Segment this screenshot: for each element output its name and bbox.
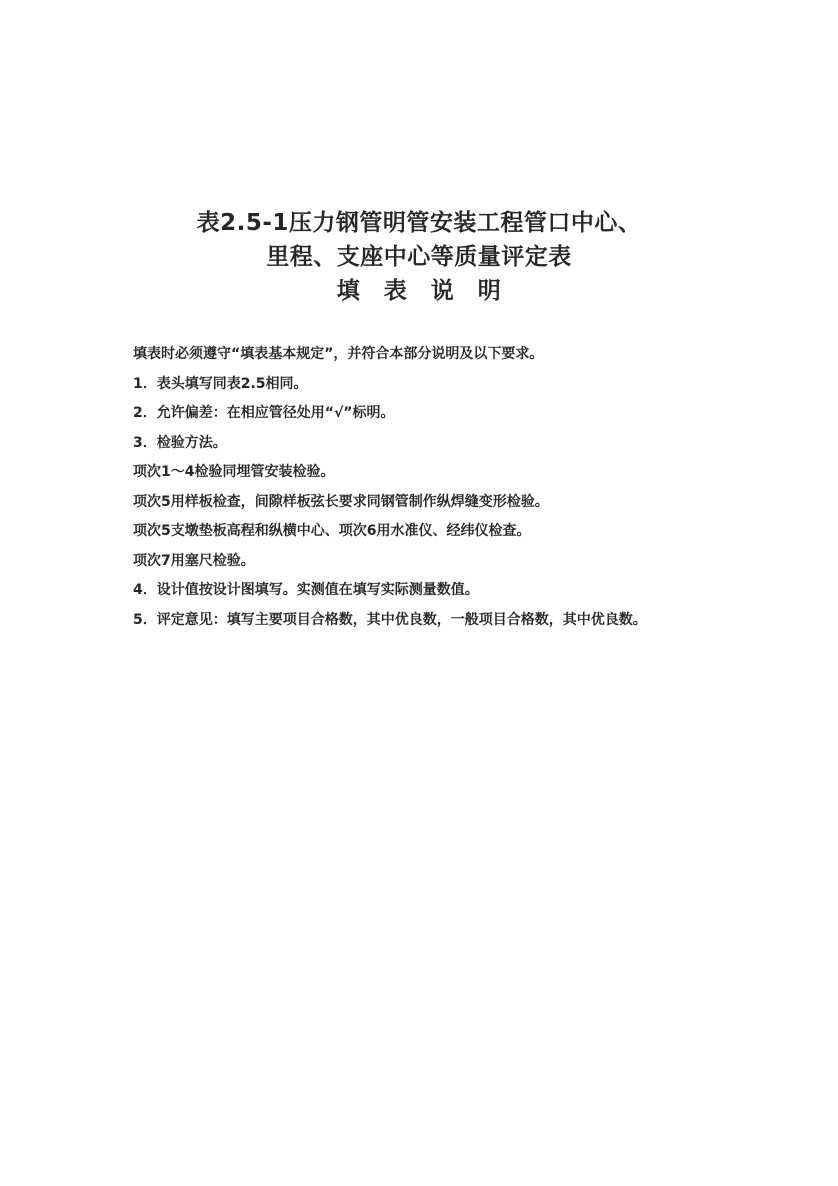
paragraph-item-3-note-1: 项次1～4检验同埋管安装检验。 bbox=[133, 463, 728, 482]
document-page: 表2.5-1压力钢管明管安装工程管口中心、 里程、支座中心等质量评定表 填 表 … bbox=[0, 0, 838, 1186]
title-line-2: 里程、支座中心等质量评定表 bbox=[0, 240, 838, 274]
paragraph-item-2: 2．允许偏差：在相应管径处用“√”标明。 bbox=[133, 404, 728, 423]
paragraph-item-3: 3．检验方法。 bbox=[133, 434, 728, 453]
title-line-3-subtitle: 填 表 说 明 bbox=[0, 274, 838, 308]
paragraph-item-3-note-4: 项次7用塞尺检验。 bbox=[133, 552, 728, 571]
document-body: 填表时必须遵守“填表基本规定”，并符合本部分说明及以下要求。 1．表头填写同表2… bbox=[0, 345, 838, 629]
document-title: 表2.5-1压力钢管明管安装工程管口中心、 里程、支座中心等质量评定表 填 表 … bbox=[0, 0, 838, 308]
paragraph-item-5: 5．评定意见：填写主要项目合格数，其中优良数，一般项目合格数，其中优良数。 bbox=[133, 611, 728, 630]
paragraph-item-3-note-3: 项次5支墩垫板高程和纵横中心、项次6用水准仪、经纬仪检查。 bbox=[133, 522, 728, 541]
paragraph-item-3-note-2: 项次5用样板检查，间隙样板弦长要求同钢管制作纵焊缝变形检验。 bbox=[133, 493, 728, 512]
paragraph-item-1: 1．表头填写同表2.5相同。 bbox=[133, 375, 728, 394]
paragraph-intro: 填表时必须遵守“填表基本规定”，并符合本部分说明及以下要求。 bbox=[133, 345, 728, 364]
paragraph-item-4: 4．设计值按设计图填写。实测值在填写实际测量数值。 bbox=[133, 581, 728, 600]
title-line-1: 表2.5-1压力钢管明管安装工程管口中心、 bbox=[0, 206, 838, 240]
